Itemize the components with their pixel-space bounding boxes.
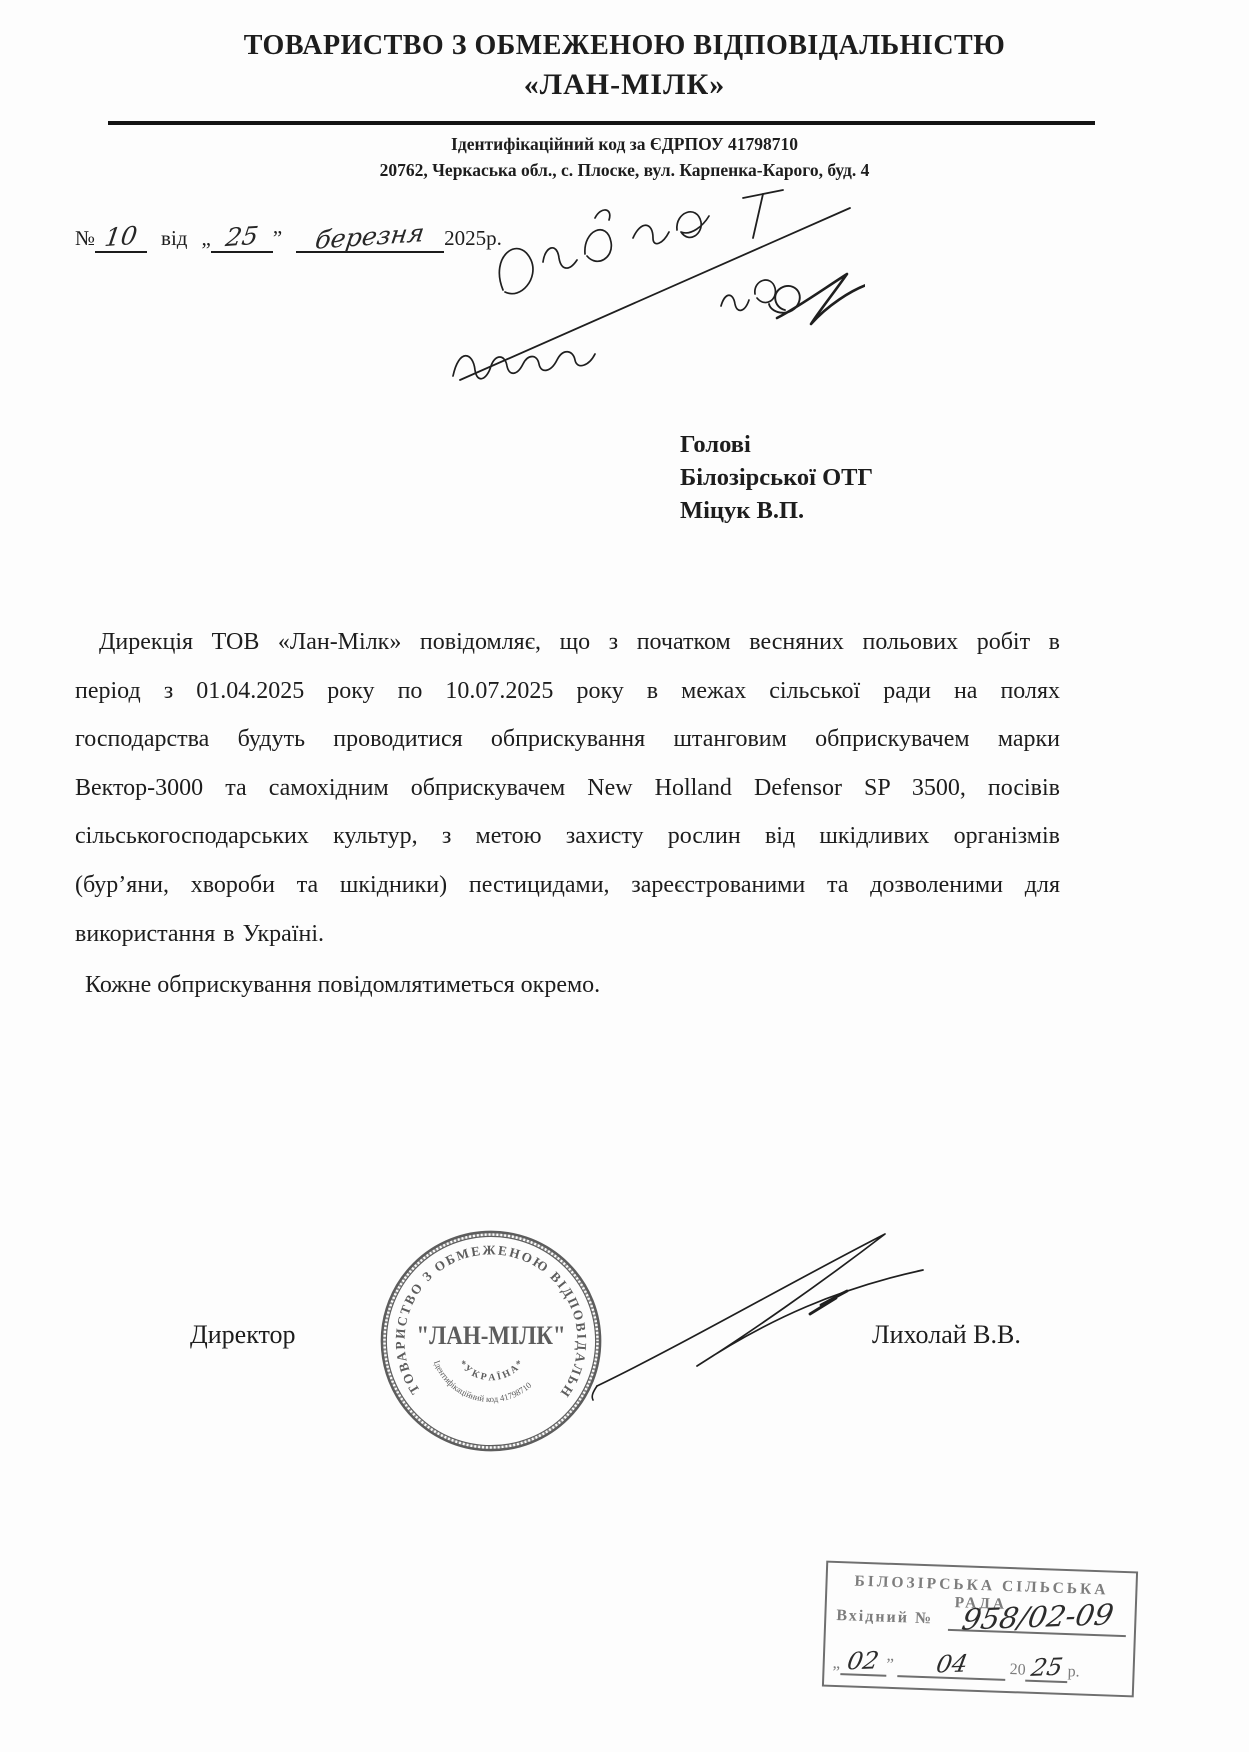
- director-signature-scrawl: [585, 1218, 935, 1403]
- date-month-handwritten: 04: [935, 1655, 969, 1674]
- date-year-underline: 25: [1025, 1658, 1068, 1683]
- ref-month-handwritten: березня: [314, 224, 425, 249]
- stamp-ukraine-arc-text: * У К Р А Ї Н А *: [456, 1358, 525, 1383]
- signer-title: Директор: [190, 1320, 296, 1350]
- stamp-center-text: "ЛАН-МІЛК": [416, 1320, 565, 1350]
- incoming-number-handwritten: 958/02-09: [959, 1600, 1115, 1635]
- ref-number-underline: 10: [95, 226, 147, 253]
- ref-from-label: від: [161, 226, 187, 250]
- closing-line: Кожне обприскування повідомлятиметься ок…: [85, 972, 600, 999]
- date-month-underline: 04: [897, 1653, 1006, 1681]
- date-day-underline: 02: [840, 1651, 887, 1677]
- svg-text:* У К Р А Ї Н А *: * У К Р А Ї Н А *: [456, 1358, 525, 1383]
- scrawl-letter-t: [743, 190, 783, 238]
- body-line: Дирекція ТОВ «Лан-Мілк» повідомляє, що з…: [75, 618, 1060, 667]
- ref-day-underline: 25: [211, 226, 273, 253]
- recipient-line3: Міцук В.П.: [680, 494, 873, 527]
- letterhead: ТОВАРИСТВО З ОБМЕЖЕНОЮ ВІДПОВІДАЛЬНІСТЮ …: [0, 30, 1249, 102]
- signature-spikes: [597, 1234, 923, 1386]
- date-day-handwritten: 02: [846, 1651, 880, 1670]
- date-quote-close: ”: [886, 1655, 894, 1674]
- scrawl-word-dibrova: [499, 210, 709, 294]
- incoming-number-label: Вхідний №: [836, 1607, 933, 1627]
- ref-number-handwritten: 10: [104, 227, 139, 247]
- company-name-line1: ТОВАРИСТВО З ОБМЕЖЕНОЮ ВІДПОВІДАЛЬНІСТЮ: [0, 30, 1249, 62]
- body-paragraph: Дирекція ТОВ «Лан-Мілк» повідомляє, що з…: [75, 618, 1060, 958]
- body-line: використання в Україні.: [75, 910, 1060, 959]
- recipient-block: Голові Білозірської ОТГ Міцук В.П.: [680, 428, 873, 527]
- signer-name: Лихолай В.В.: [872, 1320, 1021, 1350]
- scrawl-word-na: [721, 280, 775, 310]
- diagonal-stroke: [460, 208, 850, 380]
- ref-day-handwritten: 25: [224, 227, 259, 247]
- date-year-handwritten: 25: [1030, 1658, 1064, 1677]
- edrpou-line: Ідентифікаційний код за ЄДРПОУ 41798710: [0, 131, 1249, 157]
- ref-quote-close: ”: [273, 226, 282, 250]
- body-line: Вектор-3000 та самохідним обприскувачем …: [75, 764, 1060, 813]
- handwritten-resolution-scrawl: [425, 168, 865, 393]
- ref-month-underline: березня: [296, 226, 444, 253]
- incoming-number-underline: 958/02-09: [948, 1599, 1127, 1637]
- recipient-line1: Голові: [680, 428, 873, 461]
- company-name-line2: «ЛАН-МІЛК»: [0, 68, 1249, 102]
- ref-quote-open: „: [201, 226, 210, 250]
- company-round-stamp: ТОВАРИСТВО З ОБМЕЖЕНОЮ ВІДПОВІДАЛЬНІСТЮ …: [378, 1228, 604, 1454]
- body-line: період з 01.04.2025 року по 10.07.2025 р…: [75, 667, 1060, 716]
- date-year-prefix: 20: [1009, 1661, 1026, 1679]
- date-year-suffix: р.: [1067, 1663, 1080, 1680]
- received-stamp-date-row: „02” 04 2025р.: [832, 1651, 1129, 1685]
- received-stamp-number-row: Вхідний № 958/02-09: [836, 1607, 1128, 1635]
- ref-number-prefix: №: [75, 226, 95, 250]
- scanned-letter-page: ТОВАРИСТВО З ОБМЕЖЕНОЮ ВІДПОВІДАЛЬНІСТЮ …: [0, 0, 1249, 1752]
- letterhead-divider: [108, 121, 1095, 125]
- body-line: сільськогосподарських культур, з метою з…: [75, 812, 1060, 861]
- body-line: (бур’яни, хвороби та шкідники) пестицида…: [75, 861, 1060, 910]
- received-stamp: БІЛОЗІРСЬКА СІЛЬСЬКА РАДА Вхідний № 958/…: [822, 1561, 1138, 1698]
- recipient-line2: Білозірської ОТГ: [680, 461, 873, 494]
- scrawl-word-sait-flourish: [769, 274, 865, 324]
- body-line: господарства будуть проводитися обприску…: [75, 715, 1060, 764]
